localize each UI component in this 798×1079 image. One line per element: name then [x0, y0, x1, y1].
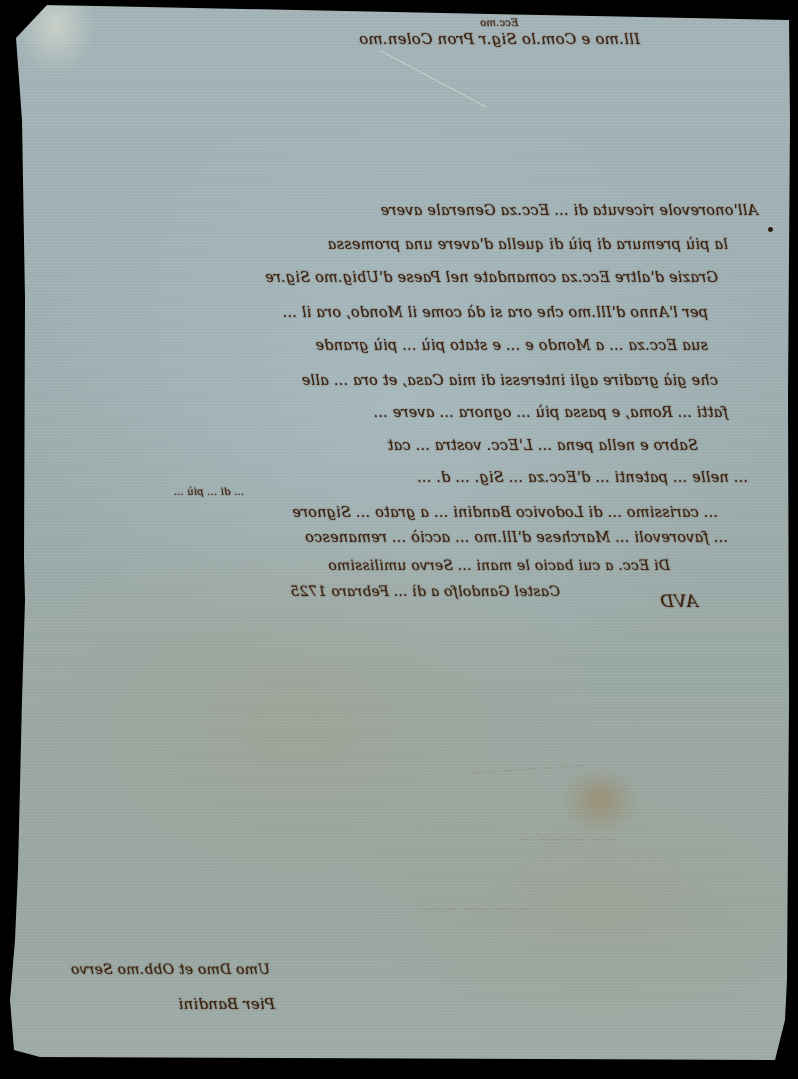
- closing-line: Di Ecc. a cui bacio le mani ... Servo um…: [150, 558, 670, 574]
- body-line: fatti ... Roma, e passa più ... ognora .…: [38, 405, 728, 421]
- body-line: ... carissimo ... di Lodovico Bandini ..…: [38, 505, 718, 521]
- body-line: All'onorevole ricevuta di ... Ecc.za Gen…: [38, 203, 758, 219]
- signature-line: Umo Dmo et Obb.mo Servo: [30, 962, 270, 978]
- header-note: Ecc.mo: [480, 18, 518, 29]
- manuscript-page: ~~ ~~~ ~ ~~ ~ ~~~~ ~~ ~~~ ~~ ~~~ Ill.mo …: [0, 0, 798, 1079]
- body-line: Sabro e nella pena ... L'Ecc. vostra ...…: [38, 438, 698, 454]
- body-line: ... favorevoli ... Marchese d'Ill.mo ...…: [38, 530, 728, 546]
- closing-mark: AVD: [648, 592, 698, 612]
- body-line: ... nelle ... patenti ... d'Ecc.za ... S…: [38, 470, 748, 486]
- ink-bleed-through: ~~ ~~~ ~ ~~: [470, 756, 586, 782]
- body-line: per l'Anno d'Ill.mo che ora si dà come i…: [38, 305, 708, 321]
- body-line: sua Ecc.za ... a Mondo e ... e stato più…: [38, 338, 708, 354]
- interline-note: ... di ... più ...: [44, 487, 244, 498]
- closing-date-line: Castel Gandolfo a dì ... Febraro 1725: [230, 584, 560, 600]
- paper-crease: [380, 50, 486, 107]
- body-line: che già gradire agli interessi di mia Ca…: [38, 373, 718, 389]
- ink-bleed-through: ~~~ ~~ ~~~: [420, 900, 530, 918]
- paragraph-mark: [768, 227, 773, 232]
- corner-fold: [16, 6, 96, 86]
- ink-bleed-through: ~ ~~~~ ~~: [520, 830, 618, 848]
- letter-header: Ill.mo e Com.lo Sig.r Pron Colen.mo: [300, 30, 640, 48]
- body-line: la più premura di più di quella d'avere …: [38, 237, 728, 253]
- body-line: Grazie d'altre Ecc.za comandate nel Paes…: [38, 270, 718, 286]
- signature-name: Pier Bandini: [75, 995, 275, 1013]
